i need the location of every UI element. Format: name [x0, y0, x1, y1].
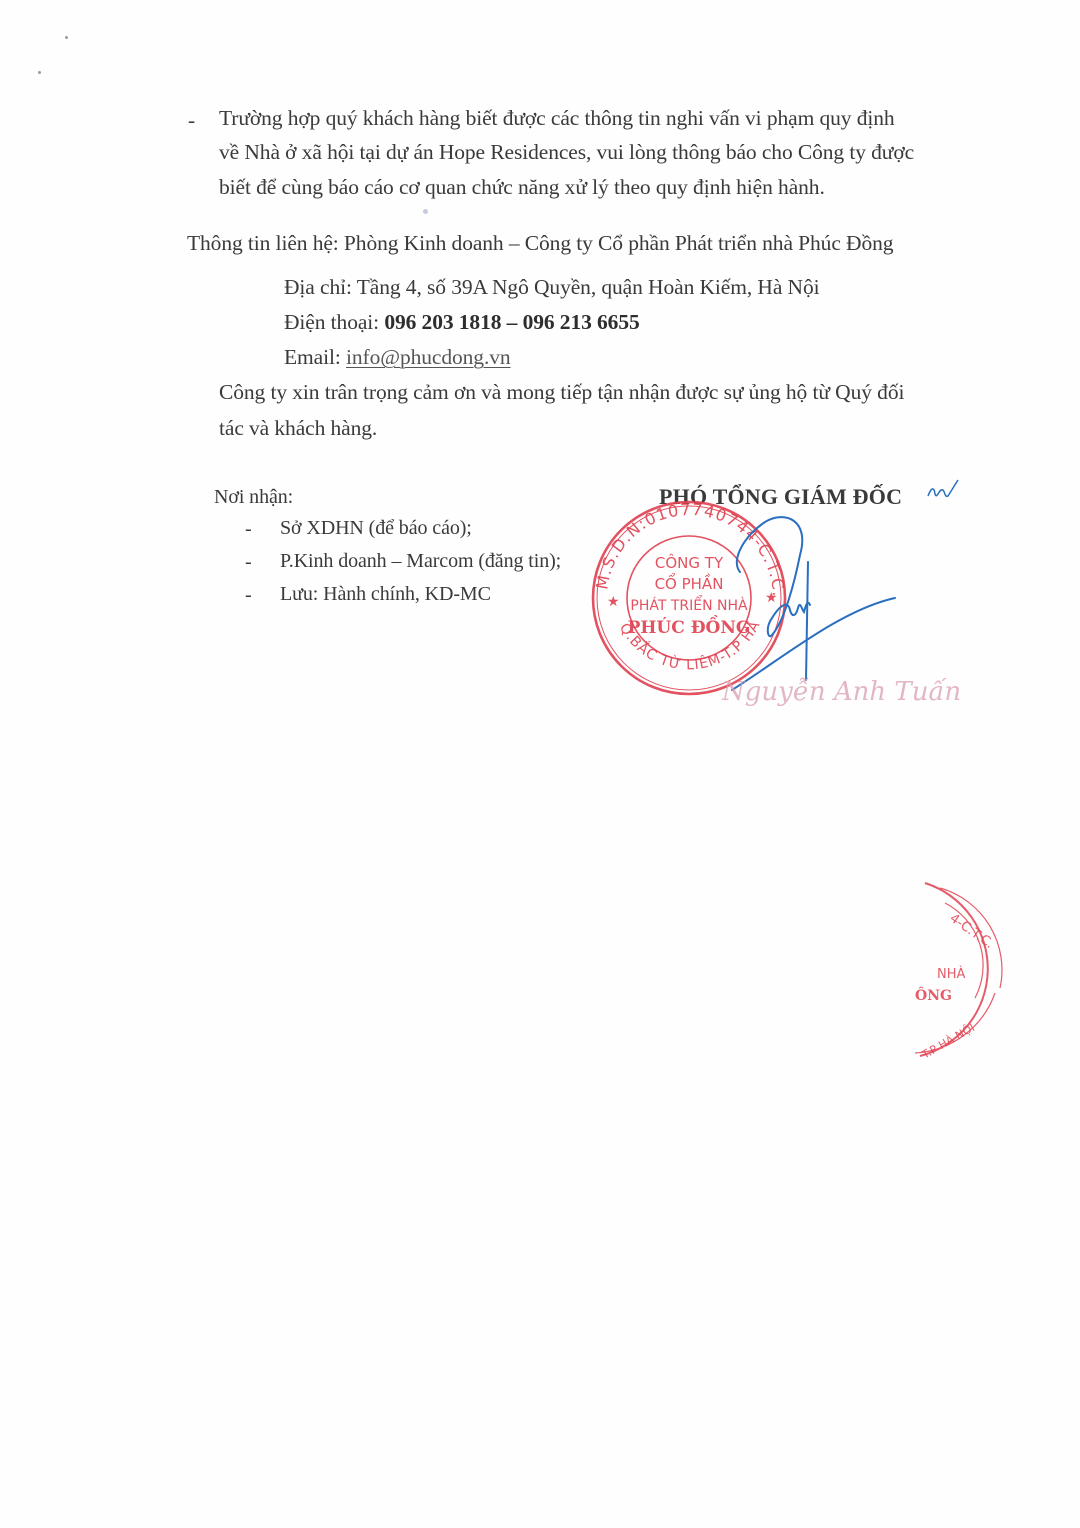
svg-text:NHÀ: NHÀ	[937, 966, 966, 982]
phone-label: Điện thoại:	[284, 310, 379, 334]
phone-value[interactable]: 096 203 1818 – 096 213 6655	[384, 310, 639, 334]
svg-text:T.P HÀ NỘI: T.P HÀ NỘI	[919, 1021, 977, 1062]
address-value: Tầng 4, số 39A Ngô Quyền, quận Hoàn Kiếm…	[357, 275, 820, 299]
notice-line-3: biết để cùng báo cáo cơ quan chức năng x…	[219, 177, 825, 199]
closing-line-1: Công ty xin trân trọng cảm ơn và mong ti…	[219, 382, 904, 404]
document-page: - Trường hợp quý khách hàng biết được cá…	[0, 0, 1080, 1528]
scan-speck	[65, 36, 68, 39]
svg-text:ÔNG: ÔNG	[915, 986, 952, 1004]
recipient-item-3: Lưu: Hành chính, KD-MC	[280, 584, 491, 604]
email-label: Email:	[284, 345, 341, 369]
svg-text:★: ★	[607, 594, 620, 610]
contact-heading: Thông tin liên hệ: Phòng Kinh doanh – Cô…	[187, 233, 893, 255]
edge-seal-fragment: 4-C.T.C. NHÀ ÔNG T.P HÀ NỘI	[905, 878, 1015, 1063]
bullet-marker: -	[188, 108, 195, 133]
signer-name: Nguyễn Anh Tuấn	[722, 677, 961, 707]
initial-mark-icon	[925, 478, 961, 504]
handwritten-signature	[640, 500, 910, 700]
recipient-dash: -	[245, 584, 252, 607]
recipient-item-2: P.Kinh doanh – Marcom (đăng tin);	[280, 551, 561, 571]
email-link[interactable]: info@phucdong.vn	[346, 345, 511, 369]
contact-email: Email: info@phucdong.vn	[284, 347, 511, 369]
closing-line-2: tác và khách hàng.	[219, 418, 377, 440]
scan-speck	[423, 209, 428, 214]
recipient-dash: -	[245, 551, 252, 574]
notice-line-2: về Nhà ở xã hội tại dự án Hope Residence…	[219, 142, 914, 164]
recipients-label: Nơi nhận:	[214, 487, 293, 507]
contact-phone: Điện thoại: 096 203 1818 – 096 213 6655	[284, 312, 640, 334]
contact-address: Địa chỉ: Tầng 4, số 39A Ngô Quyền, quận …	[284, 277, 820, 299]
recipient-dash: -	[245, 518, 252, 541]
scan-speck	[38, 71, 41, 74]
notice-line-1: Trường hợp quý khách hàng biết được các …	[219, 108, 895, 130]
address-label: Địa chỉ:	[284, 275, 352, 299]
recipient-item-1: Sở XDHN (để báo cáo);	[280, 518, 472, 538]
